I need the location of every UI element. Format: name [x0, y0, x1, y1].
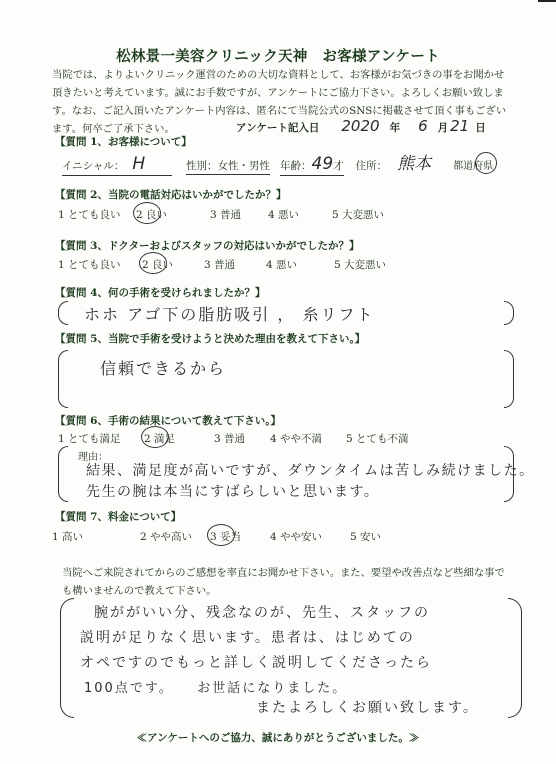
q4-answer-box[interactable]: ホホ アゴ下の脂肪吸引 ， 糸リフト	[58, 301, 514, 325]
q3-option-3[interactable]: 3 普通	[204, 257, 266, 272]
left-bracket	[58, 350, 68, 408]
q1-title: 【質問 1、お客様について】	[55, 134, 192, 149]
q6-title: 【質問 6、手術の結果について教えて下さい。】	[55, 413, 281, 428]
address-label: 住所：	[356, 158, 388, 173]
q3-option-4[interactable]: 4 悪い	[266, 257, 334, 272]
age-unit: 才	[333, 158, 344, 173]
initial-label: イニシャル：	[62, 158, 124, 173]
left-bracket	[58, 301, 68, 325]
q6-option-4[interactable]: 4 やや不満	[270, 431, 346, 446]
q2-option-4[interactable]: 4 悪い	[268, 207, 332, 222]
initial-field[interactable]: イニシャル： H	[62, 154, 172, 176]
q6-reason-line-1: 結果、満足度が高いですが、ダウンタイムは苦しみ続けました。	[86, 460, 535, 480]
right-bracket	[508, 598, 522, 718]
survey-date: アンケート記入日 2020 年 6 月 21 日	[236, 117, 486, 135]
q2-option-5[interactable]: 5 大変悪い	[332, 207, 384, 222]
q6-options: 1 とても満足 2 満足 3 普通 4 やや不満 5 とても不満	[58, 431, 409, 446]
feedback-answer-box[interactable]: 腕ががいい分、残念なのが、先生、スタッフの 説明が足りなく思います。患者は、はじ…	[60, 598, 522, 718]
scan-edge-mark	[538, 0, 556, 2]
q7-option-2[interactable]: 2 やや高い	[140, 529, 210, 544]
feedback-line-3: オペですのでもっと詳しく説明してくださったら	[80, 652, 432, 672]
q4-title: 【質問 4、何の手術を受けられましたか？】	[55, 285, 265, 300]
gender-field[interactable]: 性別：女性・男性	[186, 158, 270, 175]
initial-value: H	[132, 154, 145, 174]
q6-reason-line-2: 先生の腕は本当にすばらしいと思います。	[86, 481, 379, 501]
date-month-unit: 月	[438, 120, 449, 135]
q7-title: 【質問 7、料金について】	[55, 509, 181, 524]
right-bracket	[504, 301, 514, 325]
q6-option-2-selected[interactable]: 2 満足	[144, 431, 214, 446]
q3-option-5[interactable]: 5 大変悪い	[334, 257, 386, 272]
age-value: 49	[312, 154, 334, 174]
q3-option-1[interactable]: 1 とても良い	[58, 257, 142, 272]
q7-options: 1 高い 2 やや高い 3 妥当 4 やや安い 5 安い	[52, 529, 381, 544]
q6-option-5[interactable]: 5 とても不満	[346, 431, 409, 446]
right-bracket	[504, 350, 514, 408]
q2-option-1[interactable]: 1 とても良い	[58, 207, 136, 222]
q5-title: 【質問 5、当院で手術を受けようと決めた理由を教えて下さい。】	[55, 331, 365, 346]
date-day-unit: 日	[475, 120, 486, 135]
q7-option-5[interactable]: 5 安い	[350, 529, 381, 544]
q7-option-3-selected[interactable]: 3 妥当	[210, 529, 270, 544]
q6-reason-box[interactable]: 理由： 結果、満足度が高いですが、ダウンタイムは苦しみ続けました。 先生の腕は本…	[58, 446, 514, 502]
prefecture-suffix: 都道府県	[453, 157, 493, 172]
q6-option-1[interactable]: 1 とても満足	[58, 431, 144, 446]
q6-option-3[interactable]: 3 普通	[214, 431, 270, 446]
q2-option-2-selected[interactable]: 2 良い	[136, 207, 210, 222]
q7-option-1[interactable]: 1 高い	[52, 529, 140, 544]
feedback-line-1: 腕ががいい分、残念なのが、先生、スタッフの	[94, 602, 430, 622]
q5-answer: 信頼できるから	[100, 356, 226, 379]
closing-message: ≪アンケートへのご協力、誠にありがとうございました。≫	[0, 730, 556, 745]
left-bracket	[60, 598, 74, 718]
q3-title: 【質問 3、ドクターおよびスタッフの対応はいかがでしたか？】	[55, 238, 360, 253]
survey-sheet: 松林景一美容クリニック天神 お客様アンケート 当院では、よりよいクリニック運営の…	[0, 0, 556, 764]
q2-options: 1 とても良い 2 良い 3 普通 4 悪い 5 大変悪い	[58, 207, 384, 222]
q3-options: 1 とても良い 2 良い 3 普通 4 悪い 5 大変悪い	[58, 257, 386, 272]
feedback-prompt: 当院へご来院されてからのご感想を率直にお聞かせ下さい。また、要望や改善点など些細…	[62, 564, 512, 600]
document-title: 松林景一美容クリニック天神 お客様アンケート	[0, 45, 556, 66]
date-day: 21	[450, 117, 469, 135]
age-label: 年齢：	[280, 158, 312, 173]
feedback-line-4: 100点です。 お世話になりました。	[84, 677, 347, 696]
date-month: 6	[418, 117, 428, 135]
feedback-line-5: またよろしくお願い致します。	[256, 697, 479, 717]
q7-option-4[interactable]: 4 やや安い	[270, 529, 350, 544]
q5-answer-box[interactable]: 信頼できるから	[58, 350, 514, 408]
q1-fields: イニシャル： H 性別：女性・男性 年齢： 49 才 住所： 熊本 都道府県	[62, 149, 522, 176]
left-bracket	[58, 446, 68, 502]
date-year-unit: 年	[390, 120, 401, 135]
feedback-line-2: 説明が足りなく思います。患者は、はじめての	[80, 627, 415, 647]
q4-answer: ホホ アゴ下の脂肪吸引 ， 糸リフト	[84, 302, 374, 325]
address-field[interactable]: 住所： 熊本 都道府県	[356, 149, 494, 174]
q3-option-2-selected[interactable]: 2 良い	[142, 257, 204, 272]
age-field[interactable]: 年齢： 49 才	[280, 154, 344, 176]
q2-option-3[interactable]: 3 普通	[210, 207, 268, 222]
date-label: アンケート記入日	[236, 120, 319, 135]
date-year: 2020	[341, 117, 379, 135]
address-value: 熊本	[397, 149, 431, 174]
q2-title: 【質問 2、当院の電話対応はいかがでしたか？】	[55, 187, 286, 202]
